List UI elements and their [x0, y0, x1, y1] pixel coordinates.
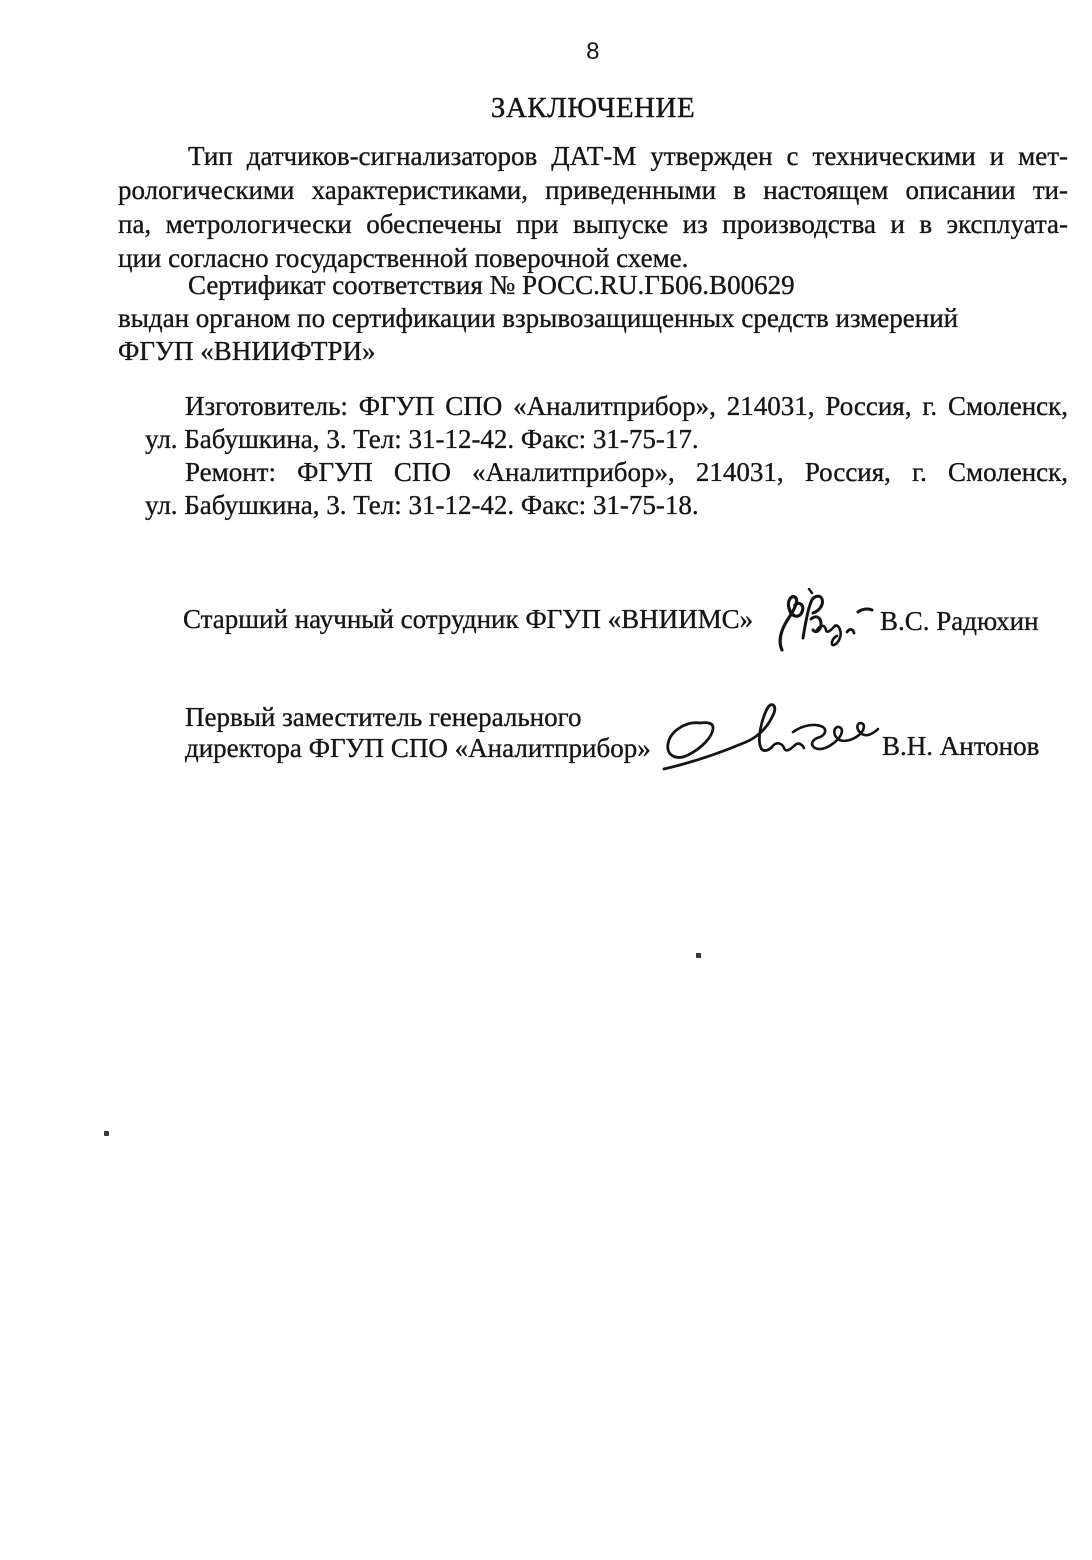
- paragraph-certificate: Сертификат соответствия № РОСС.RU.ГБ06.В…: [118, 269, 1068, 368]
- text-line: Изготовитель: ФГУП СПО «Аналитприбор», 2…: [145, 390, 1068, 423]
- text-line: выдан органом по сертификации взрывозащи…: [118, 302, 1068, 335]
- paragraph-type-approval: Тип датчиков-сигнализаторов ДАТ-М утверж…: [118, 139, 1068, 275]
- text-line: Сертификат соответствия № РОСС.RU.ГБ06.В…: [118, 269, 1068, 302]
- scan-speck: [104, 1131, 109, 1136]
- paragraph-manufacturer-address: Изготовитель: ФГУП СПО «Аналитприбор», 2…: [145, 390, 1068, 456]
- signatory-title-senior-researcher: Старший научный сотрудник ФГУП «ВНИИМС»: [183, 604, 753, 635]
- handwritten-signature-icon: [772, 588, 877, 654]
- text-line: ФГУП «ВНИИФТРИ»: [118, 335, 1068, 368]
- page-number: 8: [118, 40, 1068, 64]
- text-line: Тип датчиков-сигнализаторов ДАТ-М утверж…: [118, 139, 1068, 173]
- signatory-name-radyukhin: В.С. Радюхин: [880, 605, 1039, 638]
- signatory-name-antonov: В.Н. Антонов: [882, 730, 1039, 763]
- paragraph-repair-address: Ремонт: ФГУП СПО «Аналитприбор», 214031,…: [145, 456, 1068, 522]
- section-heading: ЗАКЛЮЧЕНИЕ: [118, 91, 1068, 125]
- text-line: ул. Бабушкина, 3. Тел: 31-12-42. Факс: 3…: [145, 489, 1068, 522]
- scanned-document-page: 8 ЗАКЛЮЧЕНИЕ Тип датчиков-сигнализаторов…: [0, 0, 1092, 1560]
- text-line: рологическими характеристиками, приведен…: [118, 173, 1068, 207]
- scan-speck: [696, 953, 701, 958]
- text-line: па, метрологически обеспечены при выпуск…: [118, 207, 1068, 241]
- text-line: ул. Бабушкина, 3. Тел: 31-12-42. Факс: 3…: [145, 423, 1068, 456]
- text-line: Ремонт: ФГУП СПО «Аналитприбор», 214031,…: [145, 456, 1068, 489]
- handwritten-signature-icon: [656, 697, 884, 775]
